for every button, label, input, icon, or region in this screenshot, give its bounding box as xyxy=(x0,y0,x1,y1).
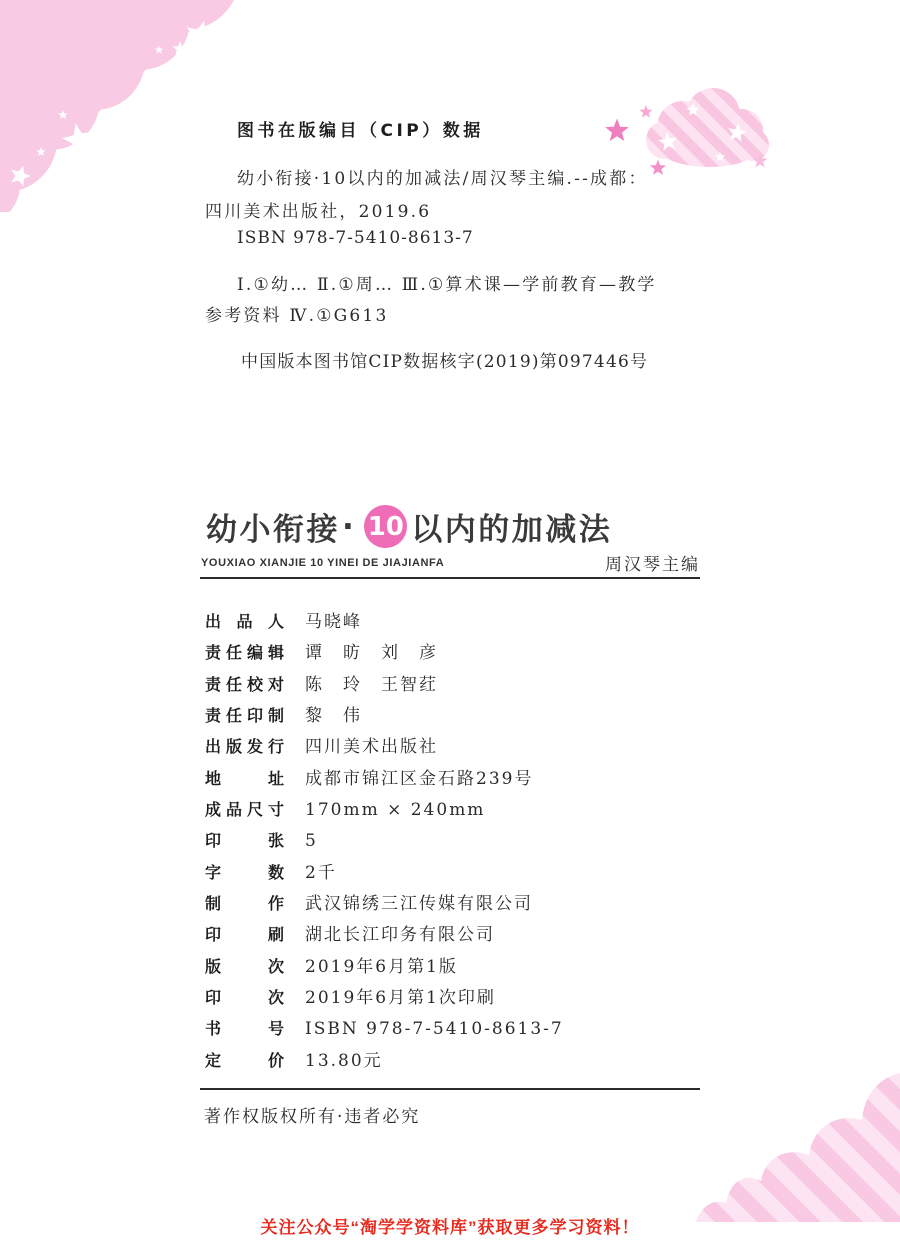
colophon-label: 印张 xyxy=(205,825,284,856)
colophon-page: { "colors": { "badge_pink": "#ef6db6", "… xyxy=(0,0,900,1244)
cip-record-number: 中国版本图书馆CIP数据核字(2019)第097446号 xyxy=(241,347,648,372)
colophon-row-editor: 责任编辑 谭 昉 刘 彦 xyxy=(205,637,725,668)
colophon-value: 四川美术出版社 xyxy=(305,732,438,763)
colophon-value: 170mm × 240mm xyxy=(305,795,485,826)
colophon-row-production: 制作 武汉锦绣三江传媒有限公司 xyxy=(205,888,725,919)
colophon-row-impression: 印次 2019年6月第1次印刷 xyxy=(205,982,725,1013)
colophon-label: 书号 xyxy=(205,1013,284,1044)
bottom-divider-rule xyxy=(200,1088,700,1090)
colophon-value: 2019年6月第1版 xyxy=(305,952,458,983)
title-number-badge: 10 xyxy=(364,505,407,548)
colophon-value: 马晓峰 xyxy=(305,607,362,638)
colophon-value: 武汉锦绣三江传媒有限公司 xyxy=(305,889,533,920)
colophon-label: 制作 xyxy=(205,888,284,919)
colophon-row-sheets: 印张 5 xyxy=(205,825,725,856)
footer-watermark-note: 关注公众号“淘学学资料库”获取更多学习资料！ xyxy=(0,1213,900,1238)
colophon-row-word-count: 字数 2千 xyxy=(205,857,725,888)
colophon-value: ISBN 978-7-5410-8613-7 xyxy=(305,1014,564,1045)
book-title-part1: 幼小衔接 xyxy=(206,504,340,549)
colophon-value: 13.80元 xyxy=(305,1046,383,1077)
cip-publisher-line: 四川美术出版社，2019.6 xyxy=(205,197,431,222)
cloud-decoration-top-left-icon xyxy=(0,0,240,212)
copyright-notice: 著作权版权所有·违者必究 xyxy=(204,1102,420,1127)
colophon-label: 出版发行 xyxy=(205,731,284,762)
colophon-row-print-supervisor: 责任印制 黎 伟 xyxy=(205,700,725,731)
colophon-label: 责任印制 xyxy=(205,700,284,731)
colophon-row-producer: 出品人 马晓峰 xyxy=(205,606,725,637)
chief-editor: 周汉琴主编 xyxy=(200,550,700,575)
colophon-value: 黎 伟 xyxy=(305,701,362,732)
book-title: 幼小衔接 · 10 以内的加减法 xyxy=(206,504,612,549)
colophon-row-edition: 版次 2019年6月第1版 xyxy=(205,951,725,982)
cip-isbn: ISBN 978-7-5410-8613-7 xyxy=(237,228,474,248)
colophon-label: 地址 xyxy=(205,763,284,794)
cip-classification-line-1: Ⅰ.①幼… Ⅱ.①周… Ⅲ.①算术课—学前教育—教学 xyxy=(237,270,657,295)
cip-title-line: 幼小衔接·10以内的加减法/周汉琴主编.--成都： xyxy=(237,164,648,189)
cip-classification-line-2: 参考资料 Ⅳ.①G613 xyxy=(205,301,388,326)
colophon-label: 印次 xyxy=(205,982,284,1013)
colophon-label: 成品尺寸 xyxy=(205,794,284,825)
colophon-row-proofreader: 责任校对 陈 玲 王智荭 xyxy=(205,669,725,700)
colophon-label: 出品人 xyxy=(205,606,284,637)
colophon-label: 定价 xyxy=(205,1045,284,1076)
colophon-value: 成都市锦江区金石路239号 xyxy=(305,764,533,795)
title-divider-rule xyxy=(200,577,700,579)
colophon-value: 2019年6月第1次印刷 xyxy=(305,983,496,1014)
colophon-row-trim-size: 成品尺寸 170mm × 240mm xyxy=(205,794,725,825)
colophon-label: 印刷 xyxy=(205,919,284,950)
colophon-value: 2千 xyxy=(305,858,337,889)
cip-heading: 图书在版编目（CIP）数据 xyxy=(237,116,484,141)
title-separator-dot: · xyxy=(342,509,356,545)
colophon-row-publisher: 出版发行 四川美术出版社 xyxy=(205,731,725,762)
colophon-row-price: 定价 13.80元 xyxy=(205,1045,725,1076)
cloud-decoration-bottom-right-icon xyxy=(688,1068,900,1224)
book-title-part2: 以内的加减法 xyxy=(411,504,612,549)
colophon-label: 字数 xyxy=(205,857,284,888)
colophon-label: 责任编辑 xyxy=(205,637,284,668)
colophon-row-isbn: 书号 ISBN 978-7-5410-8613-7 xyxy=(205,1013,725,1044)
colophon-value: 5 xyxy=(305,826,318,857)
colophon-label: 版次 xyxy=(205,951,284,982)
colophon-value: 陈 玲 王智荭 xyxy=(305,670,438,701)
colophon-label: 责任校对 xyxy=(205,669,284,700)
colophon-value: 谭 昉 刘 彦 xyxy=(305,638,438,669)
colophon-list: 出品人 马晓峰 责任编辑 谭 昉 刘 彦 责任校对 陈 玲 王智荭 责任印制 黎… xyxy=(205,606,725,1076)
colophon-row-printing-house: 印刷 湖北长江印务有限公司 xyxy=(205,919,725,950)
colophon-value: 湖北长江印务有限公司 xyxy=(305,920,495,951)
colophon-row-address: 地址 成都市锦江区金石路239号 xyxy=(205,763,725,794)
